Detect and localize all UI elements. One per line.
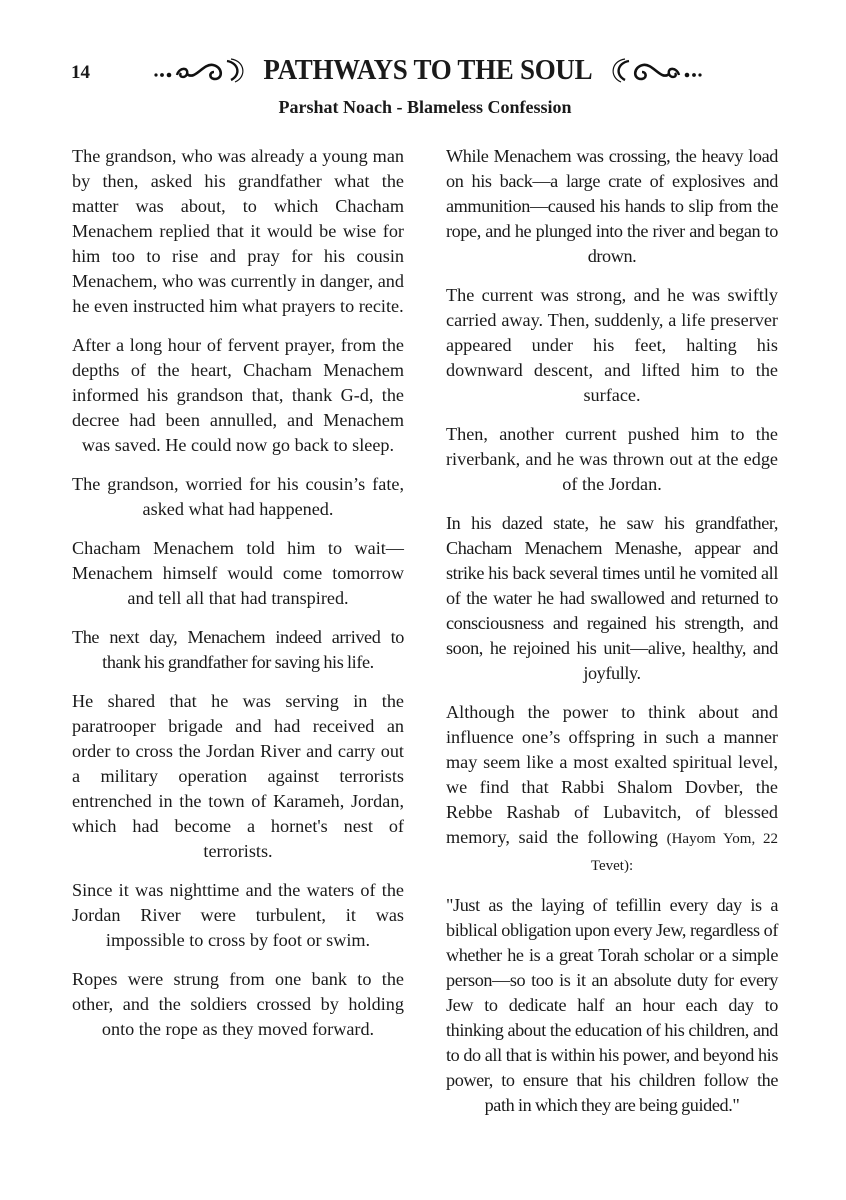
- subtitle-text: Parshat Noach - Blameless Confession: [279, 95, 572, 119]
- header-title: PATHWAYS TO THE SOUL: [264, 54, 593, 87]
- paragraph: While Menachem was crossing, the heavy l…: [446, 144, 778, 269]
- quote-paragraph: "Just as the laying of tefillin every da…: [446, 893, 778, 1118]
- right-column: While Menachem was crossing, the heavy l…: [446, 144, 778, 1132]
- paragraph: Since it was nighttime and the waters of…: [72, 878, 404, 953]
- paragraph: After a long hour of fervent prayer, fro…: [72, 333, 404, 458]
- paragraph: The grandson, worried for his cousin’s f…: [72, 472, 404, 522]
- article-subtitle: Parshat Noach - Blameless Confession: [0, 95, 846, 119]
- paragraph: Chacham Menachem told him to wait—Menach…: [72, 536, 404, 611]
- paragraph: In his dazed state, he saw his grandfath…: [446, 511, 778, 686]
- paragraph-with-citation: Although the power to think about and in…: [446, 700, 778, 879]
- paragraph: Ropes were strung from one bank to the o…: [72, 967, 404, 1042]
- paragraph: Then, another current pushed him to the …: [446, 422, 778, 497]
- paragraph: The grandson, who was already a young ma…: [72, 144, 404, 319]
- ornamental-flourish-left-icon: [151, 55, 247, 85]
- paragraph: The next day, Menachem indeed arrived to…: [72, 625, 404, 675]
- page-number: 14: [71, 60, 90, 86]
- running-header: PATHWAYS TO THE SOUL: [128, 50, 728, 90]
- paragraph: He shared that he was serving in the par…: [72, 689, 404, 864]
- paragraph: The current was strong, and he was swift…: [446, 283, 778, 408]
- paragraph-text: Although the power to think about and in…: [446, 702, 778, 847]
- left-column: The grandson, who was already a young ma…: [72, 144, 404, 1056]
- ornamental-flourish-right-icon: [609, 55, 705, 85]
